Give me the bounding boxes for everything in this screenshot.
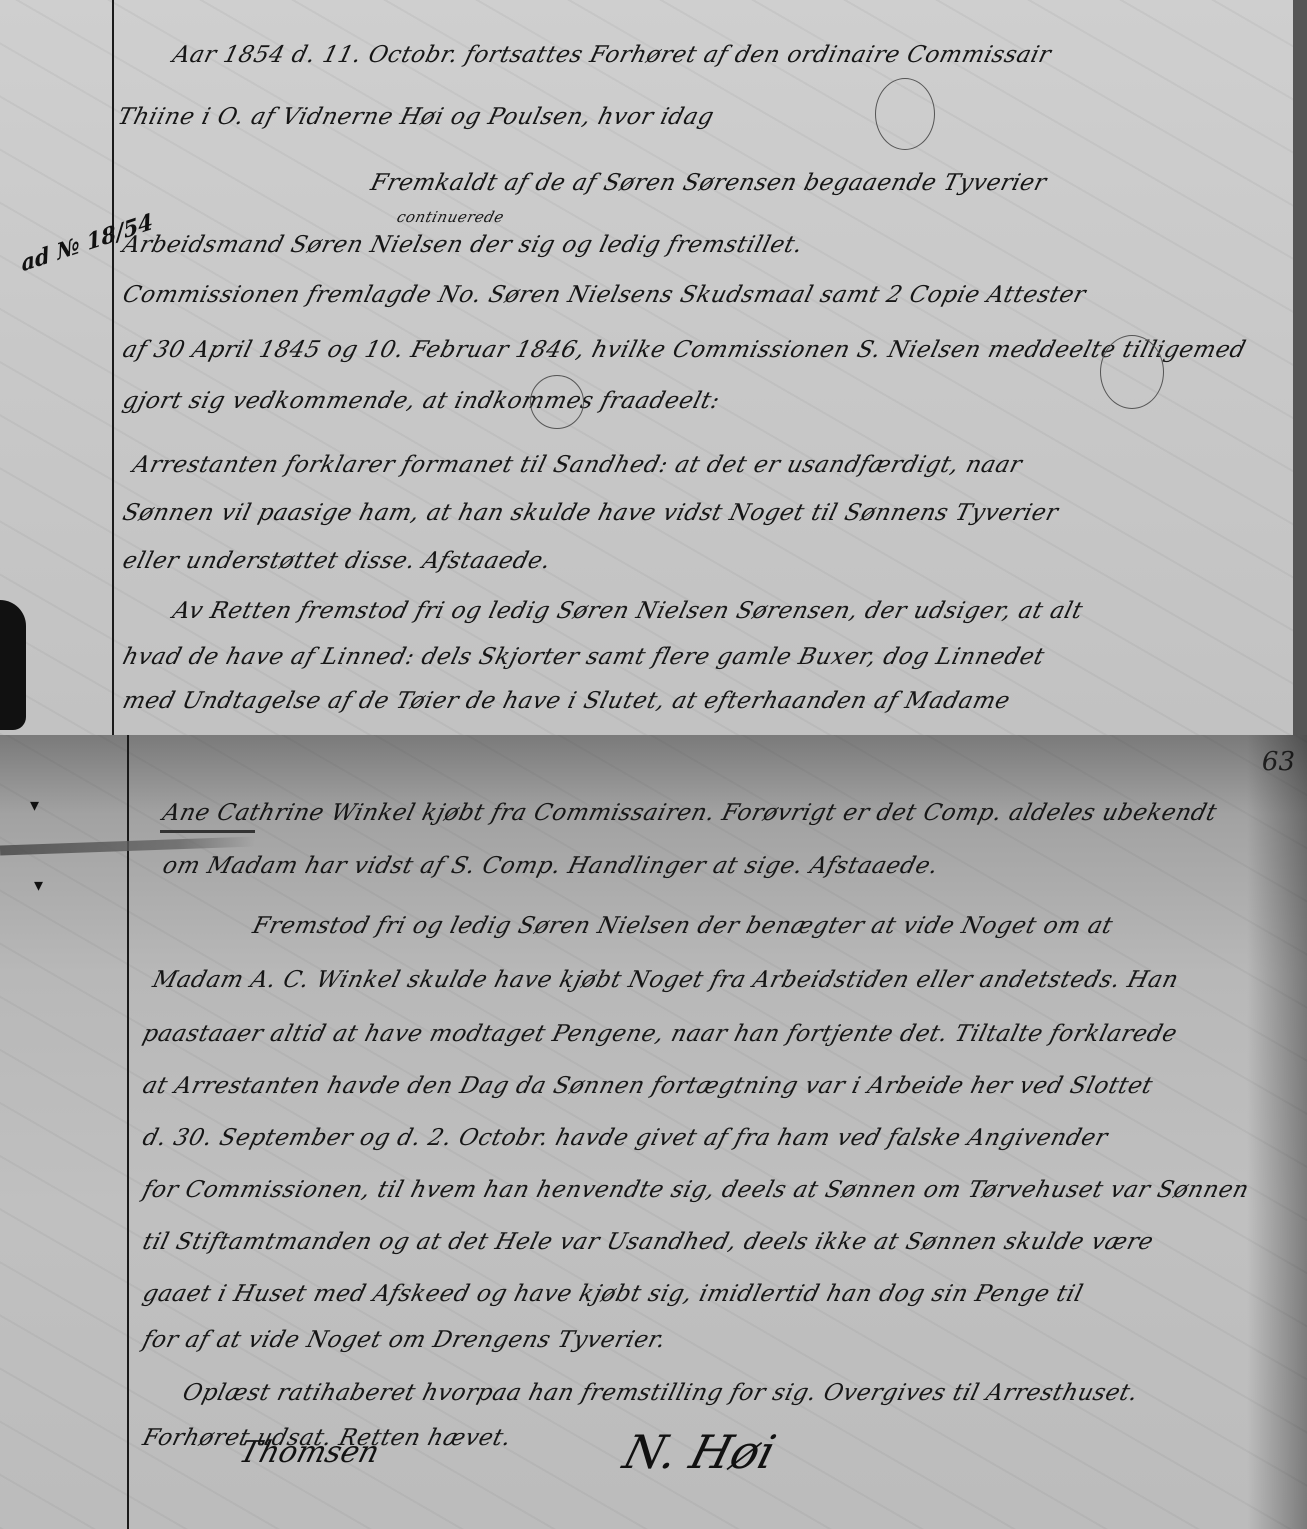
- circle-mark: [530, 375, 584, 429]
- text-line: eller understøttet disse. Afstaaede.: [120, 548, 554, 574]
- text-line: gaaet i Huset med Afskeed og have kjøbt …: [140, 1281, 1086, 1307]
- text-line: for af at vide Noget om Drengens Tyverie…: [140, 1327, 669, 1353]
- margin-mark: ▾: [30, 795, 39, 816]
- margin-rule: [112, 0, 114, 735]
- signature-n-hoi: N. Høi: [618, 1425, 782, 1479]
- text-line: Madam A. C. Winkel skulde have kjøbt Nog…: [150, 967, 1181, 993]
- text-line: at Arrestanten havde den Dag da Sønnen f…: [140, 1073, 1156, 1099]
- text-line: for Commissionen, til hvem han henvendte…: [140, 1177, 1252, 1203]
- text-line: hvad de have af Linned: dels Skjorter sa…: [120, 644, 1047, 670]
- text-line: Fremkaldt af de af Søren Sørensen begaae…: [368, 170, 1049, 196]
- interlinear-note: continuerede: [395, 208, 506, 226]
- text-line: Fremstod fri og ledig Søren Nielsen der …: [250, 913, 1116, 939]
- top-page-strip: ad № 18/54 Aar 1854 d. 11. Octobr. forts…: [0, 0, 1307, 735]
- bottom-page-strip: 63 ▾ ▾ Ane Cathrine Winkel kjøbt fra Com…: [0, 735, 1307, 1529]
- text-line: Sønnen vil paasige ham, at han skulde ha…: [120, 500, 1061, 526]
- text-line: Thiine i O. af Vidnerne Høi og Poulsen, …: [115, 104, 717, 130]
- text-line: om Madam har vidst af S. Comp. Handlinge…: [160, 853, 941, 879]
- text-line: gjort sig vedkommende, at indkommes fraa…: [120, 388, 723, 414]
- text-line: Arrestanten forklarer formanet til Sandh…: [130, 452, 1025, 478]
- circle-mark: [875, 78, 935, 150]
- margin-mark: ▾: [34, 875, 43, 896]
- text-line: paastaaer altid at have modtaget Pengene…: [140, 1021, 1180, 1047]
- ink-blot: [0, 600, 26, 730]
- signature-thomsen: Thomsen: [235, 1435, 383, 1470]
- underline-mark: [160, 830, 255, 833]
- text-line: Av Retten fremstod fri og ledig Søren Ni…: [170, 598, 1086, 624]
- text-line: d. 30. September og d. 2. Octobr. havde …: [140, 1125, 1110, 1151]
- text-line: Aar 1854 d. 11. Octobr. fortsattes Forhø…: [170, 42, 1054, 68]
- text-line: Oplæst ratihaberet hvorpaa han fremstill…: [180, 1380, 1141, 1406]
- text-line: Arbeidsmand Søren Nielsen der sig og led…: [120, 232, 805, 258]
- text-line: Commissionen fremlagde No. Søren Nielsen…: [120, 282, 1089, 308]
- circle-mark: [1100, 335, 1164, 409]
- margin-rule: [127, 735, 129, 1529]
- text-line: af 30 April 1845 og 10. Februar 1846, hv…: [120, 337, 1249, 363]
- page-number: 63: [1262, 747, 1295, 777]
- text-line: til Stiftamtmanden og at det Hele var Us…: [140, 1229, 1156, 1255]
- text-line: med Undtagelse af de Tøier de have i Slu…: [120, 688, 1013, 714]
- text-line: Ane Cathrine Winkel kjøbt fra Commissair…: [160, 800, 1220, 826]
